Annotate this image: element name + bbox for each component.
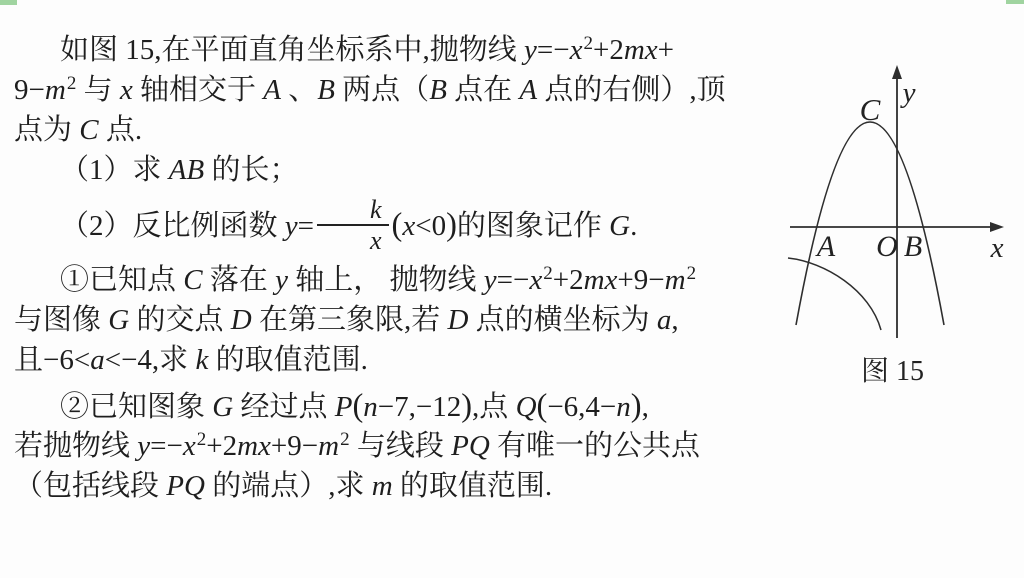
coordinate-plane-svg: C y x A O B [770, 58, 1015, 403]
point-b-label: B [904, 230, 922, 263]
origin-o-label: O [876, 230, 898, 263]
artifact-mark-top-left [0, 0, 17, 5]
x-axis-arrowhead-icon [990, 222, 1004, 232]
problem-line-5-part2: （2）反比例函数 y=kx(x<0)的图象记作 G. [14, 190, 770, 260]
problem-line-11: （包括线段 PQ 的端点）,求 m 的取值范围. [14, 466, 770, 506]
vertex-c-label: C [860, 92, 881, 127]
problem-statement: 如图 15,在平面直角坐标系中,抛物线 y=−x2+2mx+ 9−m2 与 x … [14, 30, 770, 506]
parabola-curve [796, 122, 944, 325]
figure-15-diagram: C y x A O B [770, 58, 1015, 403]
x-axis-label: x [990, 232, 1004, 264]
point-a-label: A [815, 230, 836, 263]
y-axis-arrowhead-icon [892, 65, 902, 79]
problem-line-7: 与图像 G 的交点 D 在第三象限,若 D 点的横坐标为 a, [14, 300, 770, 340]
problem-line-3: 点为 C 点. [14, 110, 770, 150]
problem-line-9-sub2: ②已知图象 G 经过点 P(n−7,−12),点 Q(−6,4−n), [14, 386, 770, 426]
fraction: kx [317, 196, 389, 255]
problem-line-1: 如图 15,在平面直角坐标系中,抛物线 y=−x2+2mx+ [14, 30, 770, 70]
problem-line-8: 且−6<a<−4,求 k 的取值范围. [14, 340, 770, 380]
y-axis-label: y [900, 77, 916, 109]
problem-line-2: 9−m2 与 x 轴相交于 A 、B 两点（B 点在 A 点的右侧）,顶 [14, 70, 770, 110]
figure-caption: 图 15 [845, 355, 940, 389]
problem-line-4-part1: （1）求 AB 的长； [14, 150, 770, 190]
problem-line-10: 若抛物线 y=−x2+2mx+9−m2 与线段 PQ 有唯一的公共点 [14, 426, 770, 466]
textbook-page: 如图 15,在平面直角坐标系中,抛物线 y=−x2+2mx+ 9−m2 与 x … [0, 0, 1024, 578]
artifact-mark-top-right [1006, 0, 1024, 4]
problem-line-6-sub1: ①已知点 C 落在 y 轴上， 抛物线 y=−x2+2mx+9−m2 [14, 260, 770, 300]
